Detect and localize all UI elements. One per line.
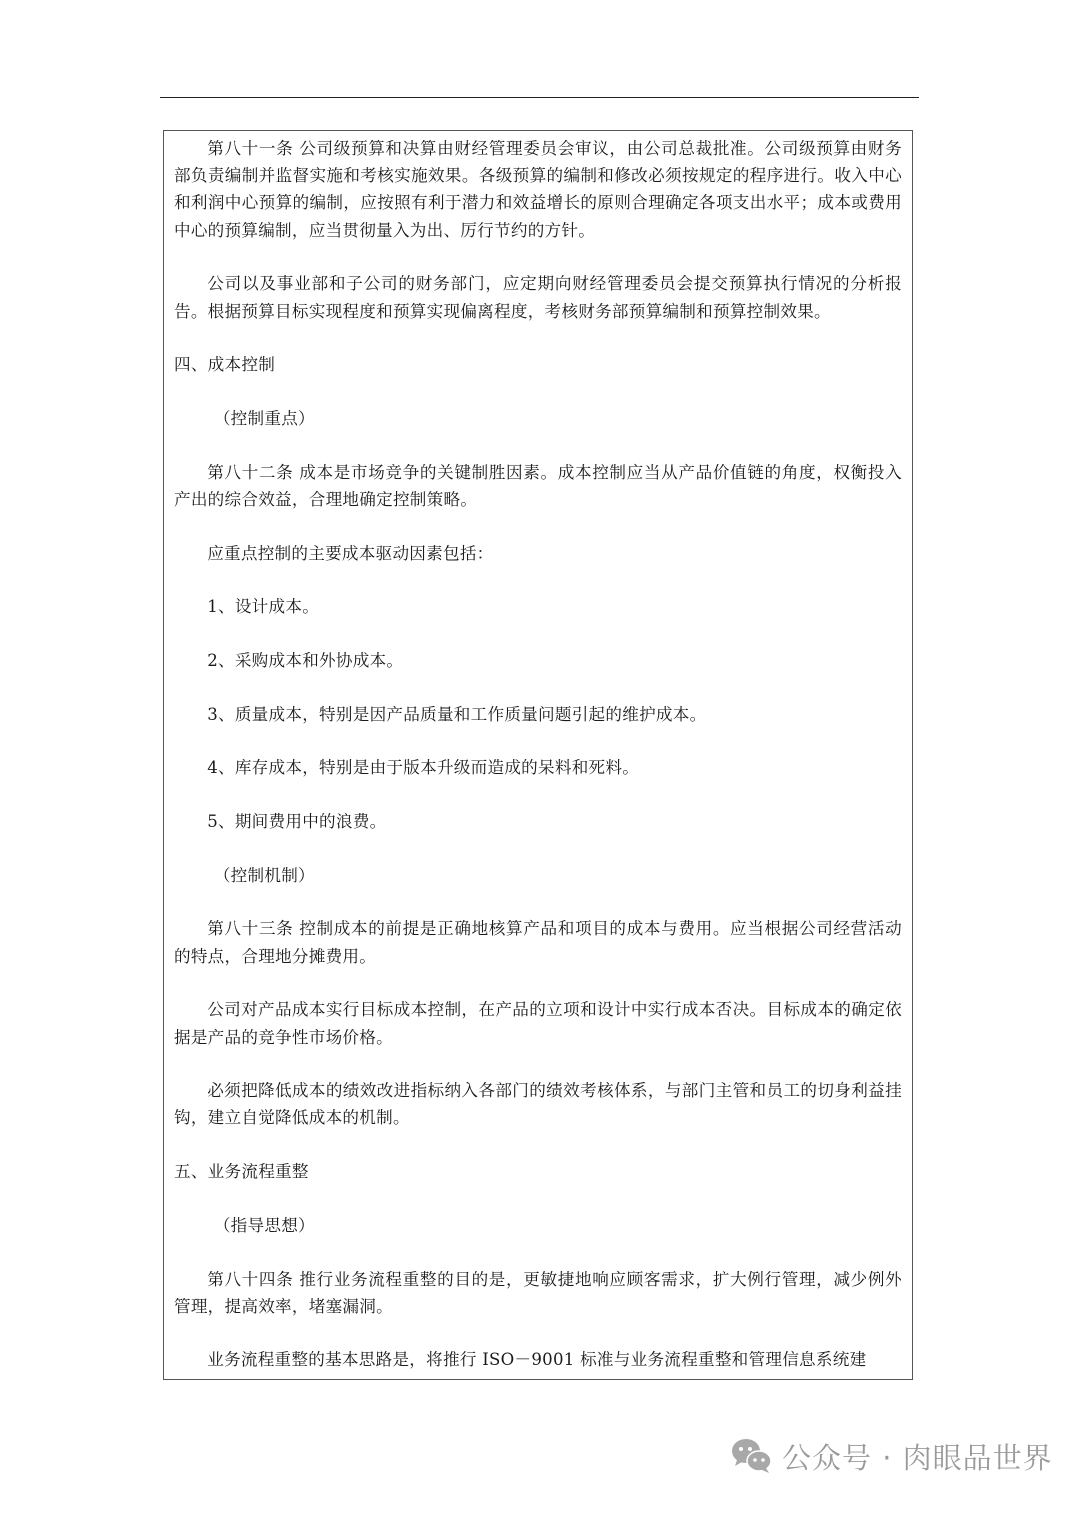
list-item: 2、采购成本和外协成本。 [174,647,902,674]
list-item: 1、设计成本。 [174,593,902,620]
cost-drivers-intro: 应重点控制的主要成本驱动因素包括： [174,540,902,567]
subheading-guiding-idea: （指导思想） [174,1212,902,1239]
article-81-paragraph: 第八十一条 公司级预算和决算由财经管理委员会审议，由公司总裁批准。公司级预算由财… [174,135,902,244]
watermark: 公众号 · 肉眼品世界 [730,1434,1053,1478]
document-content-box: 第八十一条 公司级预算和决算由财经管理委员会审议，由公司总裁批准。公司级预算由财… [163,130,913,1380]
section-heading-cost-control: 四、成本控制 [174,351,902,378]
subheading-control-mechanism: （控制机制） [174,862,902,889]
section-heading-process-reengineering: 五、业务流程重整 [174,1158,902,1185]
performance-link-paragraph: 必须把降低成本的绩效改进指标纳入各部门的绩效考核体系，与部门主管和员工的切身利益… [174,1077,902,1131]
wechat-icon [730,1436,774,1476]
header-rule [160,97,919,98]
list-item: 4、库存成本，特别是由于版本升级而造成的呆料和死料。 [174,754,902,781]
list-item: 3、质量成本，特别是因产品质量和工作质量问题引起的维护成本。 [174,701,902,728]
target-cost-paragraph: 公司对产品成本实行目标成本控制，在产品的立项和设计中实行成本否决。目标成本的确定… [174,996,902,1050]
process-approach-paragraph: 业务流程重整的基本思路是，将推行 ISO－9001 标准与业务流程重整和管理信息… [174,1346,902,1373]
budget-report-paragraph: 公司以及事业部和子公司的财务部门，应定期向财经管理委员会提交预算执行情况的分析报… [174,270,902,324]
subheading-control-focus: （控制重点） [174,405,902,432]
list-item: 5、期间费用中的浪费。 [174,808,902,835]
watermark-text: 公众号 · 肉眼品世界 [782,1436,1053,1477]
article-84-paragraph: 第八十四条 推行业务流程重整的目的是，更敏捷地响应顾客需求，扩大例行管理，减少例… [174,1266,902,1320]
article-82-paragraph: 第八十二条 成本是市场竞争的关键制胜因素。成本控制应当从产品价值链的角度，权衡投… [174,459,902,513]
article-83-paragraph: 第八十三条 控制成本的前提是正确地核算产品和项目的成本与费用。应当根据公司经营活… [174,915,902,969]
